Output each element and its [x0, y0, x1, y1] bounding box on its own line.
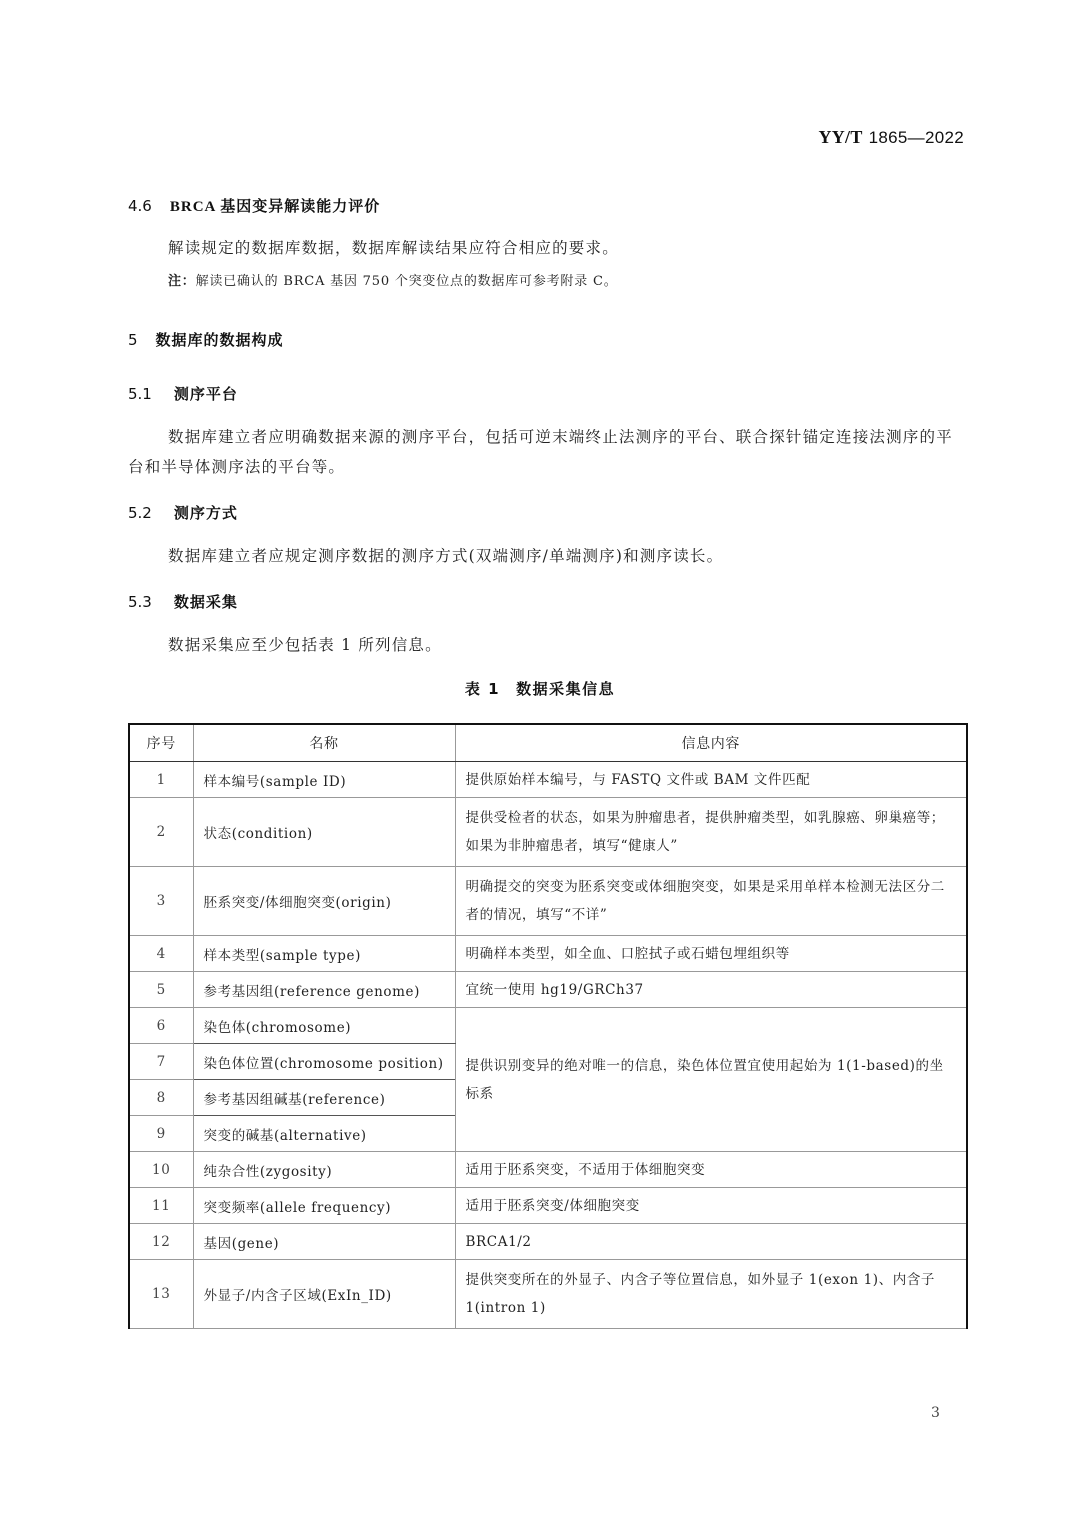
row-info: 适用于胚系突变/体细胞突变 — [455, 1188, 967, 1224]
header-name: 名称 — [193, 724, 455, 762]
row-name: 样本编号(sample ID) — [193, 762, 455, 798]
section-5-1-heading: 5.1测序平台 — [128, 383, 238, 404]
row-info: 提供受检者的状态，如果为肿瘤患者，提供肿瘤类型，如乳腺癌、卵巢癌等；如果为非肿瘤… — [455, 798, 967, 867]
standard-code: 1865—2022 — [869, 128, 964, 147]
section-number: 5.2 — [128, 504, 152, 522]
section-4-6-heading: 4.6BRCA 基因变异解读能力评价 — [128, 195, 380, 216]
section-title: 测序方式 — [174, 504, 238, 522]
row-name: 突变的碱基(alternative) — [193, 1116, 455, 1152]
row-info: 明确提交的突变为胚系突变或体细胞突变，如果是采用单样本检测无法区分二者的情况，填… — [455, 867, 967, 936]
table-row: 1 样本编号(sample ID) 提供原始样本编号，与 FASTQ 文件或 B… — [129, 762, 967, 798]
section-title: BRCA 基因变异解读能力评价 — [170, 199, 380, 215]
row-name: 外显子/内含子区域(ExIn_ID) — [193, 1260, 455, 1329]
row-info: 提供原始样本编号，与 FASTQ 文件或 BAM 文件匹配 — [455, 762, 967, 798]
row-name: 突变频率(allele frequency) — [193, 1188, 455, 1224]
row-info: 宜统一使用 hg19/GRCh37 — [455, 972, 967, 1008]
section-5-2-heading: 5.2测序方式 — [128, 502, 238, 523]
section-5-3-body: 数据采集应至少包括表 1 所列信息。 — [128, 630, 968, 660]
row-name: 状态(condition) — [193, 798, 455, 867]
table-row: 11 突变频率(allele frequency) 适用于胚系突变/体细胞突变 — [129, 1188, 967, 1224]
table-row: 5 参考基因组(reference genome) 宜统一使用 hg19/GRC… — [129, 972, 967, 1008]
row-index: 2 — [129, 798, 193, 867]
section-title: 数据库的数据构成 — [156, 331, 284, 349]
row-index: 11 — [129, 1188, 193, 1224]
standard-number: YY/T1865—2022 — [818, 127, 964, 148]
row-name: 染色体(chromosome) — [193, 1008, 455, 1044]
section-title: 测序平台 — [174, 385, 238, 403]
row-index: 1 — [129, 762, 193, 798]
row-index: 6 — [129, 1008, 193, 1044]
row-name: 胚系突变/体细胞突变(origin) — [193, 867, 455, 936]
table-title: 数据采集信息 — [516, 680, 615, 698]
section-number: 5 — [128, 331, 138, 349]
table-row: 4 样本类型(sample type) 明确样本类型，如全血、口腔拭子或石蜡包埋… — [129, 936, 967, 972]
section-5-3-heading: 5.3数据采集 — [128, 591, 238, 612]
row-info-merged: 提供识别变异的绝对唯一的信息，染色体位置宜使用起始为 1(1-based)的坐标… — [455, 1008, 967, 1152]
header-index: 序号 — [129, 724, 193, 762]
row-index: 8 — [129, 1080, 193, 1116]
row-index: 3 — [129, 867, 193, 936]
header-info: 信息内容 — [455, 724, 967, 762]
section-number: 5.1 — [128, 385, 152, 403]
row-index: 10 — [129, 1152, 193, 1188]
page-number: 3 — [931, 1405, 940, 1421]
table-row: 10 纯杂合性(zygosity) 适用于胚系突变，不适用于体细胞突变 — [129, 1152, 967, 1188]
row-name: 纯杂合性(zygosity) — [193, 1152, 455, 1188]
table-row: 6 染色体(chromosome) 提供识别变异的绝对唯一的信息，染色体位置宜使… — [129, 1008, 967, 1044]
row-index: 7 — [129, 1044, 193, 1080]
table-caption: 表 1数据采集信息 — [0, 678, 1080, 699]
section-number: 4.6 — [128, 197, 152, 215]
row-name: 样本类型(sample type) — [193, 936, 455, 972]
row-name: 基因(gene) — [193, 1224, 455, 1260]
row-info: 适用于胚系突变，不适用于体细胞突变 — [455, 1152, 967, 1188]
table-row: 3 胚系突变/体细胞突变(origin) 明确提交的突变为胚系突变或体细胞突变，… — [129, 867, 967, 936]
data-collection-table: 序号 名称 信息内容 1 样本编号(sample ID) 提供原始样本编号，与 … — [128, 723, 968, 1329]
table-row: 12 基因(gene) BRCA1/2 — [129, 1224, 967, 1260]
table-row: 2 状态(condition) 提供受检者的状态，如果为肿瘤患者，提供肿瘤类型，… — [129, 798, 967, 867]
row-index: 4 — [129, 936, 193, 972]
section-title: 数据采集 — [174, 593, 238, 611]
section-5-heading: 5数据库的数据构成 — [128, 329, 284, 350]
row-index: 9 — [129, 1116, 193, 1152]
row-info: BRCA1/2 — [455, 1224, 967, 1260]
row-name: 参考基因组(reference genome) — [193, 972, 455, 1008]
row-info: 提供突变所在的外显子、内含子等位置信息，如外显子 1(exon 1)、内含子 1… — [455, 1260, 967, 1329]
section-5-2-body: 数据库建立者应规定测序数据的测序方式(双端测序/单端测序)和测序读长。 — [128, 541, 968, 571]
row-index: 12 — [129, 1224, 193, 1260]
row-index: 5 — [129, 972, 193, 1008]
note-text: 解读已确认的 BRCA 基因 750 个突变位点的数据库可参考附录 C。 — [196, 274, 618, 289]
note-label: 注： — [168, 274, 196, 289]
section-number: 5.3 — [128, 593, 152, 611]
row-name: 参考基因组碱基(reference) — [193, 1080, 455, 1116]
row-info: 明确样本类型，如全血、口腔拭子或石蜡包埋组织等 — [455, 936, 967, 972]
standard-prefix: YY/T — [818, 127, 862, 147]
table-header-row: 序号 名称 信息内容 — [129, 724, 967, 762]
row-index: 13 — [129, 1260, 193, 1329]
section-4-6-note: 注：解读已确认的 BRCA 基因 750 个突变位点的数据库可参考附录 C。 — [168, 270, 618, 289]
section-5-1-body: 数据库建立者应明确数据来源的测序平台，包括可逆末端终止法测序的平台、联合探针锚定… — [128, 422, 968, 482]
table-number: 表 1 — [465, 680, 500, 698]
table-row: 13 外显子/内含子区域(ExIn_ID) 提供突变所在的外显子、内含子等位置信… — [129, 1260, 967, 1329]
section-4-6-body: 解读规定的数据库数据，数据库解读结果应符合相应的要求。 — [128, 233, 968, 263]
row-name: 染色体位置(chromosome position) — [193, 1044, 455, 1080]
